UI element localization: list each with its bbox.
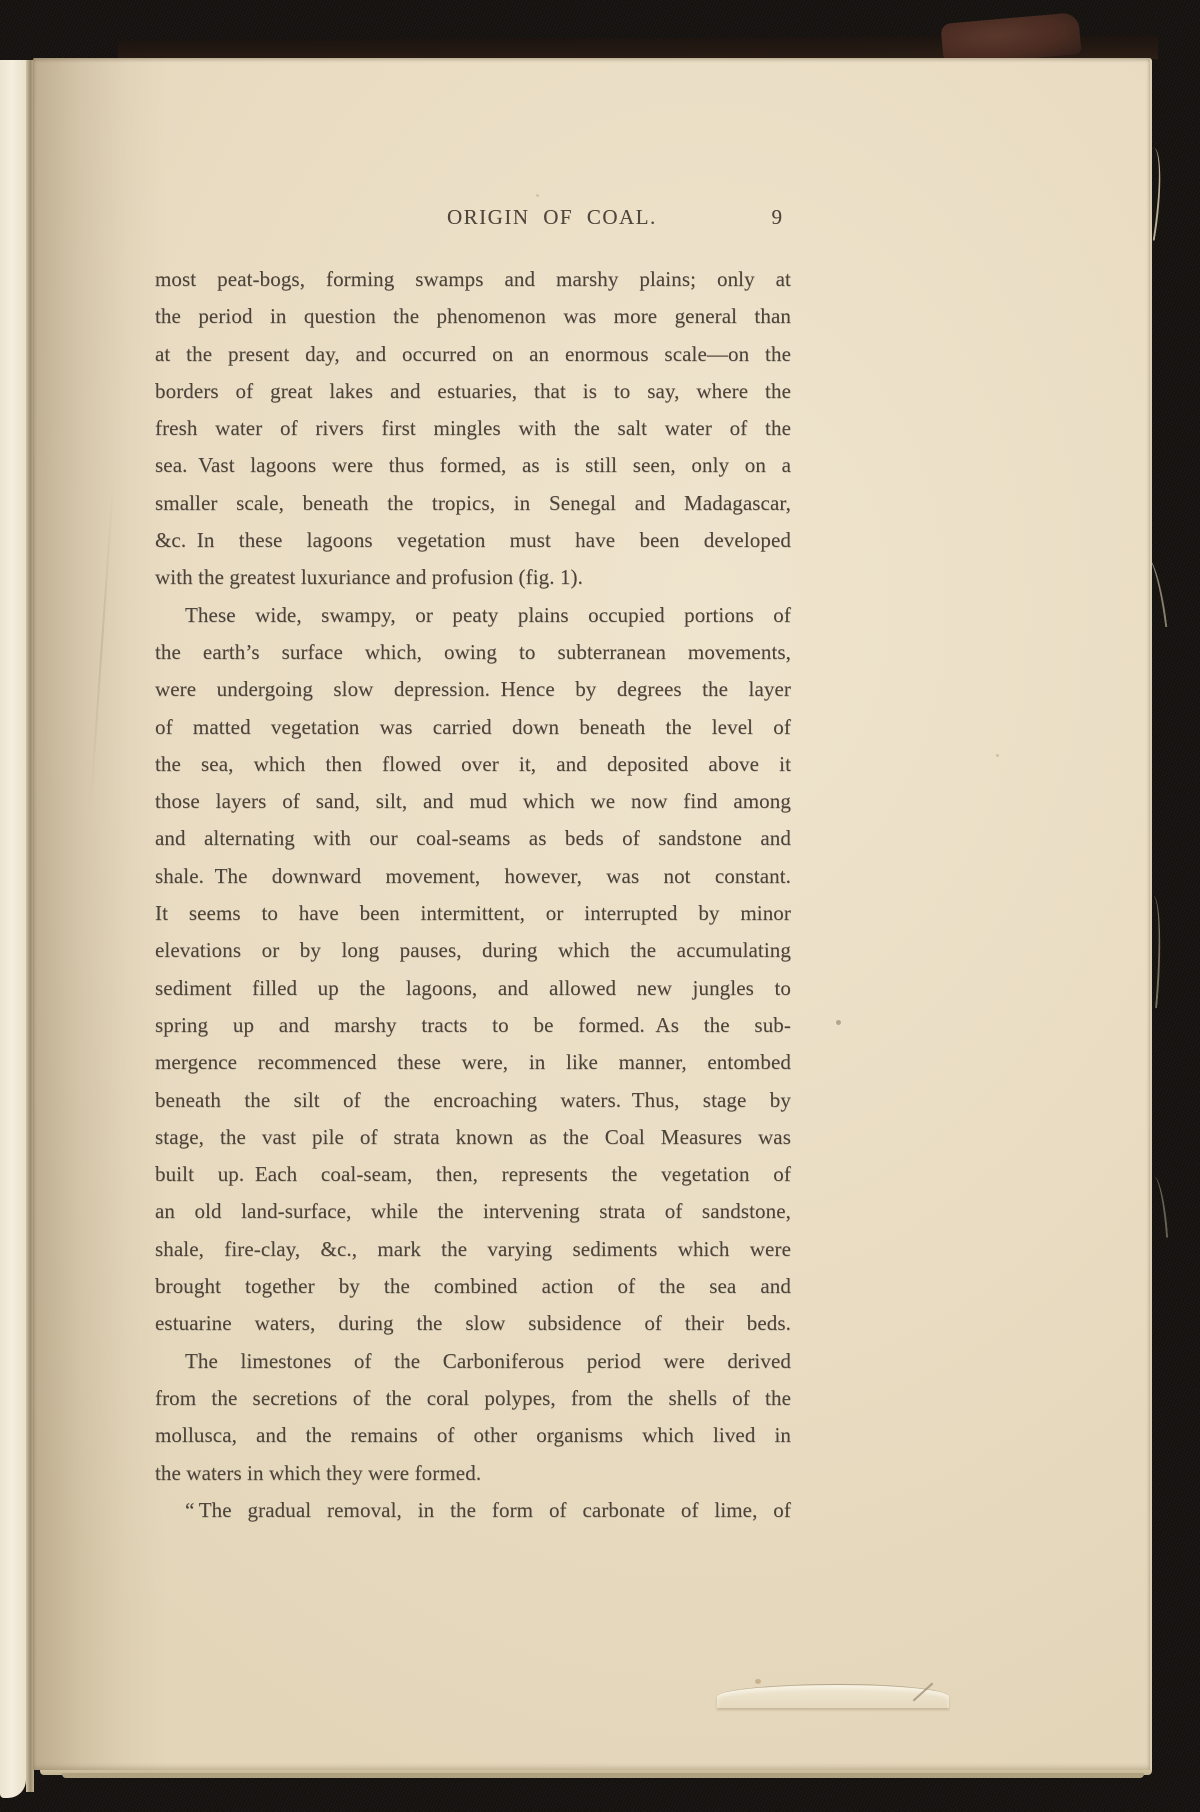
photo-background: { "colors": { "background_cloth": "#1411… (0, 0, 1200, 1812)
text-line: shale, fire-clay, &c., mark the varying … (155, 1231, 791, 1268)
text-line: the waters in which they were formed. (155, 1455, 791, 1492)
book-page: ORIGIN OF COAL. 9 most peat-bogs, formin… (33, 58, 1152, 1770)
running-header: ORIGIN OF COAL. 9 (155, 205, 791, 243)
text-line: of matted vegetation was carried down be… (155, 709, 791, 746)
text-line: The limestones of the Carboniferous peri… (155, 1343, 791, 1380)
foxing-speck (755, 1679, 761, 1684)
paragraph: The limestones of the Carboniferous peri… (155, 1343, 791, 1492)
text-line: elevations or by long pauses, during whi… (155, 932, 791, 969)
text-block: most peat-bogs, forming swamps and marsh… (155, 261, 791, 1529)
text-line: mollusca, and the remains of other organ… (155, 1417, 791, 1454)
text-line: with the greatest luxuriance and profusi… (155, 559, 791, 596)
foxing-speck (536, 194, 539, 197)
text-line: These wide, swampy, or peaty plains occu… (155, 597, 791, 634)
text-line: beneath the silt of the encroaching wate… (155, 1082, 791, 1119)
text-line: were undergoing slow depression. Hence b… (155, 671, 791, 708)
text-line: estuarine waters, during the slow subsid… (155, 1305, 791, 1342)
text-line: from the secretions of the coral polypes… (155, 1380, 791, 1417)
text-line: brought together by the combined action … (155, 1268, 791, 1305)
text-line: mergence recommenced these were, in like… (155, 1044, 791, 1081)
text-line: borders of great lakes and estuaries, th… (155, 373, 791, 410)
text-line: shale. The downward movement, however, w… (155, 858, 791, 895)
paragraph: These wide, swampy, or peaty plains occu… (155, 597, 791, 1343)
corner-fold (717, 1684, 949, 1708)
text-line: the earth’s surface which, owing to subt… (155, 634, 791, 671)
text-line: those layers of sand, silt, and mud whic… (155, 783, 791, 820)
text-line: sea. Vast lagoons were thus formed, as i… (155, 447, 791, 484)
gutter-crease (89, 478, 114, 807)
paragraph: “ The gradual removal, in the form of ca… (155, 1492, 791, 1529)
text-line: and alternating with our coal-seams as b… (155, 820, 791, 857)
text-line: sediment filled up the lagoons, and allo… (155, 970, 791, 1007)
text-line: smaller scale, beneath the tropics, in S… (155, 485, 791, 522)
text-line: stage, the vast pile of strata known as … (155, 1119, 791, 1156)
page-stack-edge-lower (62, 1773, 1144, 1778)
facing-page-edge (0, 60, 26, 1798)
page-title: ORIGIN OF COAL. (447, 205, 657, 230)
text-line: most peat-bogs, forming swamps and marsh… (155, 261, 791, 298)
text-line: &c. In these lagoons vegetation must hav… (155, 522, 791, 559)
paragraph: most peat-bogs, forming swamps and marsh… (155, 261, 791, 597)
text-line: “ The gradual removal, in the form of ca… (155, 1492, 791, 1529)
text-line: It seems to have been intermittent, or i… (155, 895, 791, 932)
page-number: 9 (772, 205, 783, 230)
foxing-speck (996, 754, 999, 757)
foxing-speck (836, 1020, 841, 1025)
text-line: the sea, which then flowed over it, and … (155, 746, 791, 783)
paper-fiber (1154, 1176, 1168, 1239)
text-line: at the present day, and occurred on an e… (155, 336, 791, 373)
text-line: spring up and marshy tracts to be formed… (155, 1007, 791, 1044)
text-line: an old land-surface, while the interveni… (155, 1193, 791, 1230)
text-line: the period in question the phenomenon wa… (155, 298, 791, 335)
text-line: built up. Each coal-seam, then, represen… (155, 1156, 791, 1193)
text-line: fresh water of rivers first mingles with… (155, 410, 791, 447)
